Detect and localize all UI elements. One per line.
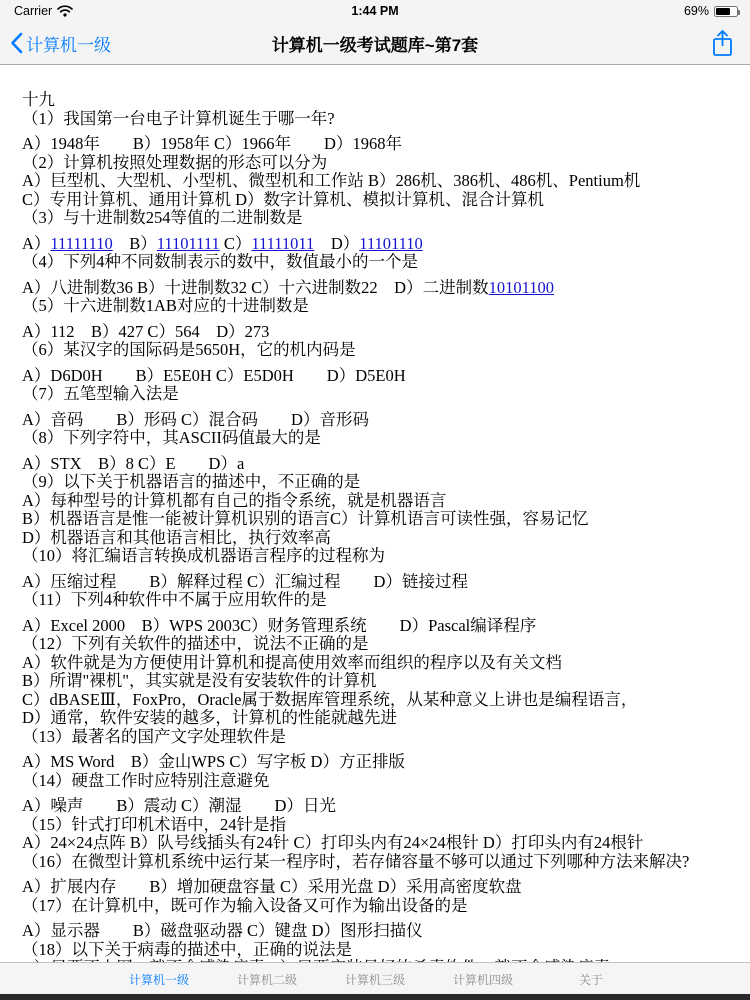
bottom-edge-strip [0,994,750,1000]
content-line-25: A）Excel 2000 B）WPS 2003C）财务管理系统 D）Pascal… [22,617,734,636]
content-text: （15）针式打印机术语中，24针是指 [22,816,286,834]
back-button[interactable]: 计算机一级 [10,22,111,64]
navigation-bar: 计算机一级 计算机一级考试题库~第7套 [0,22,750,64]
detected-number-link[interactable]: 11101111 [157,235,220,253]
content-line-29: C）dBASEⅢ，FoxPro，Oracle属于数据库管理系统，从某种意义上讲也… [22,691,734,710]
question-list[interactable]: 十九（1）我国第一台电子计算机诞生于哪一年?A）1948年 B）1958年 C）… [0,65,750,962]
content-text: （1）我国第一台电子计算机诞生于哪一年? [22,110,335,128]
status-bar: Carrier 1:44 PM 69% [0,0,750,22]
content-line-39: （17）在计算机中，既可作为输入设备又可作为输出设备的是 [22,897,734,916]
content-line-34: A）噪声 B）震动 C）潮湿 D）日光 [22,797,734,816]
content-text: （16）在微型计算机系统中运行某一程序时，若存储容量不够可以通过下列哪种方法来解… [22,853,689,871]
content-line-3: （2）计算机按照处理数据的形态可以分为 [22,154,734,173]
back-button-label: 计算机一级 [26,31,111,56]
content-text: （5）十六进制数1AB对应的十进制数是 [22,297,309,315]
content-line-23: A）压缩过程 B）解释过程 C）汇编过程 D）链接过程 [22,573,734,592]
content-text: A）显示器 B）磁盘驱动器 C）键盘 D）图形扫描仪 [22,922,423,940]
content-line-19: A）每种型号的计算机都有自己的指令系统，就是机器语言 [22,492,734,511]
content-line-5: C）专用计算机、通用计算机 D）数字计算机、模拟计算机、混合计算机 [22,191,734,210]
content-text: （8）下列字符中，其ASCII码值最大的是 [22,429,321,447]
status-right: 69% [684,0,738,22]
content-line-33: （14）硬盘工作时应特别注意避免 [22,772,734,791]
content-line-37: （16）在微型计算机系统中运行某一程序时，若存储容量不够可以通过下列哪种方法来解… [22,853,734,872]
content-text: 十九 [22,91,55,109]
content-text: A）巨型机、大型机、小型机、微型机和工作站 B）286机、386机、486机、P… [22,172,640,190]
content-text: A）STX B）8 C）E D）a [22,455,244,473]
content-line-41: （18）以下关于病毒的描述中，正确的说法是 [22,941,734,960]
content-text: A）噪声 B）震动 C）潮湿 D）日光 [22,797,336,815]
content-text: C） [220,235,252,253]
content-line-20: B）机器语言是惟一能被计算机识别的语言C）计算机语言可读性强，容易记忆 [22,510,734,529]
content-text: （17）在计算机中，既可作为输入设备又可作为输出设备的是 [22,897,468,915]
content-line-6: （3）与十进制数254等值的二进制数是 [22,209,734,228]
content-line-14: （7）五笔型输入法是 [22,385,734,404]
battery-icon [714,6,738,17]
content-text: （18）以下关于病毒的描述中，正确的说法是 [22,941,352,959]
content-text: （11）下列4种软件中不属于应用软件的是 [22,591,327,609]
tab-bar: 计算机一级计算机二级计算机三级计算机四级关于 [0,962,750,995]
battery-percent-label: 69% [684,4,709,18]
content-text: （2）计算机按照处理数据的形态可以分为 [22,154,327,172]
content-line-28: B）所谓"裸机"，其实就是没有安装软件的计算机 [22,672,734,691]
content-text: A）1948年 B）1958年 C）1966年 D）1968年 [22,135,402,153]
content-line-15: A）音码 B）形码 C）混合码 D）音形码 [22,411,734,430]
content-text: A）每种型号的计算机都有自己的指令系统，就是机器语言 [22,492,446,510]
content-text: C）dBASEⅢ，FoxPro，Oracle属于数据库管理系统，从某种意义上讲也… [22,691,637,709]
content-line-30: D）通常，软件安装的越多，计算机的性能就越先进 [22,709,734,728]
content-line-7: A）11111110 B）11101111 C）11111011 D）11101… [22,235,734,254]
content-line-40: A）显示器 B）磁盘驱动器 C）键盘 D）图形扫描仪 [22,922,734,941]
app-screen: Carrier 1:44 PM 69% [0,0,750,1000]
content-line-21: D）机器语言和其他语言相比，执行效率高 [22,529,734,548]
content-line-35: （15）针式打印机术语中，24针是指 [22,816,734,835]
share-button[interactable] [711,22,734,64]
tab-item-4[interactable]: 关于 [537,971,645,988]
share-icon [711,29,734,58]
content-line-12: （6）某汉字的国际码是5650H，它的机内码是 [22,341,734,360]
content-line-10: （5）十六进制数1AB对应的十进制数是 [22,297,734,316]
content-line-26: （12）下列有关软件的描述中，说法不正确的是 [22,635,734,654]
content-line-1: （1）我国第一台电子计算机诞生于哪一年? [22,110,734,129]
content-text: A）112 B）427 C）564 D）273 [22,323,269,341]
content-text: A）D6D0H B）E5E0H C）E5D0H D）D5E0H [22,367,406,385]
content-line-11: A）112 B）427 C）564 D）273 [22,323,734,342]
content-text: D）机器语言和其他语言相比，执行效率高 [22,529,331,547]
content-line-31: （13）最著名的国产文字处理软件是 [22,728,734,747]
content-line-38: A）扩展内存 B）增加硬盘容量 C）采用光盘 D）采用高密度软盘 [22,878,734,897]
content-text: A）24×24点阵 B）队号线插头有24针 C）打印头内有24×24根针 D）打… [22,834,643,852]
detected-number-link[interactable]: 10101100 [489,279,554,297]
content-text: B）机器语言是惟一能被计算机识别的语言C）计算机语言可读性强，容易记忆 [22,510,589,528]
detected-number-link[interactable]: 11111011 [251,235,314,253]
content-line-2: A）1948年 B）1958年 C）1966年 D）1968年 [22,135,734,154]
content-text: A）音码 B）形码 C）混合码 D）音形码 [22,411,369,429]
content-text: （9）以下关于机器语言的描述中，不正确的是 [22,473,360,491]
content-line-17: A）STX B）8 C）E D）a [22,455,734,474]
content-line-36: A）24×24点阵 B）队号线插头有24针 C）打印头内有24×24根针 D）打… [22,834,734,853]
content-line-18: （9）以下关于机器语言的描述中，不正确的是 [22,473,734,492]
content-text: A）八进制数36 B）十进制数32 C）十六进制数22 D）二进制数 [22,279,489,297]
back-chevron-icon [10,32,23,54]
content-line-0: 十九 [22,91,734,110]
content-line-24: （11）下列4种软件中不属于应用软件的是 [22,591,734,610]
content-text: A） [22,235,50,253]
tab-item-2[interactable]: 计算机三级 [321,971,429,988]
content-text: （14）硬盘工作时应特别注意避免 [22,772,270,790]
content-text: B）所谓"裸机"，其实就是没有安装软件的计算机 [22,672,376,690]
content-text: A）软件就是为方便使用计算机和提高使用效率而组织的程序以及有关文档 [22,654,562,672]
content-line-32: A）MS Word B）金山WPS C）写字板 D）方正排版 [22,753,734,772]
content-text: （7）五笔型输入法是 [22,385,179,403]
content-line-8: （4）下列4种不同数制表示的数中，数值最小的一个是 [22,253,734,272]
content-line-13: A）D6D0H B）E5E0H C）E5D0H D）D5E0H [22,367,734,386]
detected-number-link[interactable]: 11101110 [359,235,423,253]
content-text: A）扩展内存 B）增加硬盘容量 C）采用光盘 D）采用高密度软盘 [22,878,522,896]
tab-item-1[interactable]: 计算机二级 [213,971,321,988]
top-chrome: Carrier 1:44 PM 69% [0,0,750,65]
content-line-9: A）八进制数36 B）十进制数32 C）十六进制数22 D）二进制数101011… [22,279,734,298]
content-text: （6）某汉字的国际码是5650H，它的机内码是 [22,341,356,359]
content-line-22: （10）将汇编语言转换成机器语言程序的过程称为 [22,547,734,566]
tab-item-3[interactable]: 计算机四级 [429,971,537,988]
content-text: （13）最著名的国产文字处理软件是 [22,728,286,746]
content-text: D）通常，软件安装的越多，计算机的性能就越先进 [22,709,397,727]
content-text: B） [113,235,157,253]
content-line-4: A）巨型机、大型机、小型机、微型机和工作站 B）286机、386机、486机、P… [22,172,734,191]
content-text: A）压缩过程 B）解释过程 C）汇编过程 D）链接过程 [22,573,468,591]
content-text: （3）与十进制数254等值的二进制数是 [22,209,303,227]
content-text: （4）下列4种不同数制表示的数中，数值最小的一个是 [22,253,418,271]
content-text: C）专用计算机、通用计算机 D）数字计算机、模拟计算机、混合计算机 [22,191,544,209]
content-line-16: （8）下列字符中，其ASCII码值最大的是 [22,429,734,448]
content-text: D） [314,235,359,253]
content-line-27: A）软件就是为方便使用计算机和提高使用效率而组织的程序以及有关文档 [22,654,734,673]
content-text: A）MS Word B）金山WPS C）写字板 D）方正排版 [22,753,405,771]
detected-number-link[interactable]: 11111110 [50,235,112,253]
clock-label: 1:44 PM [0,0,750,22]
tab-item-0[interactable]: 计算机一级 [105,971,213,988]
page-title: 计算机一级考试题库~第7套 [120,22,630,64]
content-text: （12）下列有关软件的描述中，说法不正确的是 [22,635,369,653]
content-text: A）Excel 2000 B）WPS 2003C）财务管理系统 D）Pascal… [22,617,536,635]
content-text: （10）将汇编语言转换成机器语言程序的过程称为 [22,547,385,565]
